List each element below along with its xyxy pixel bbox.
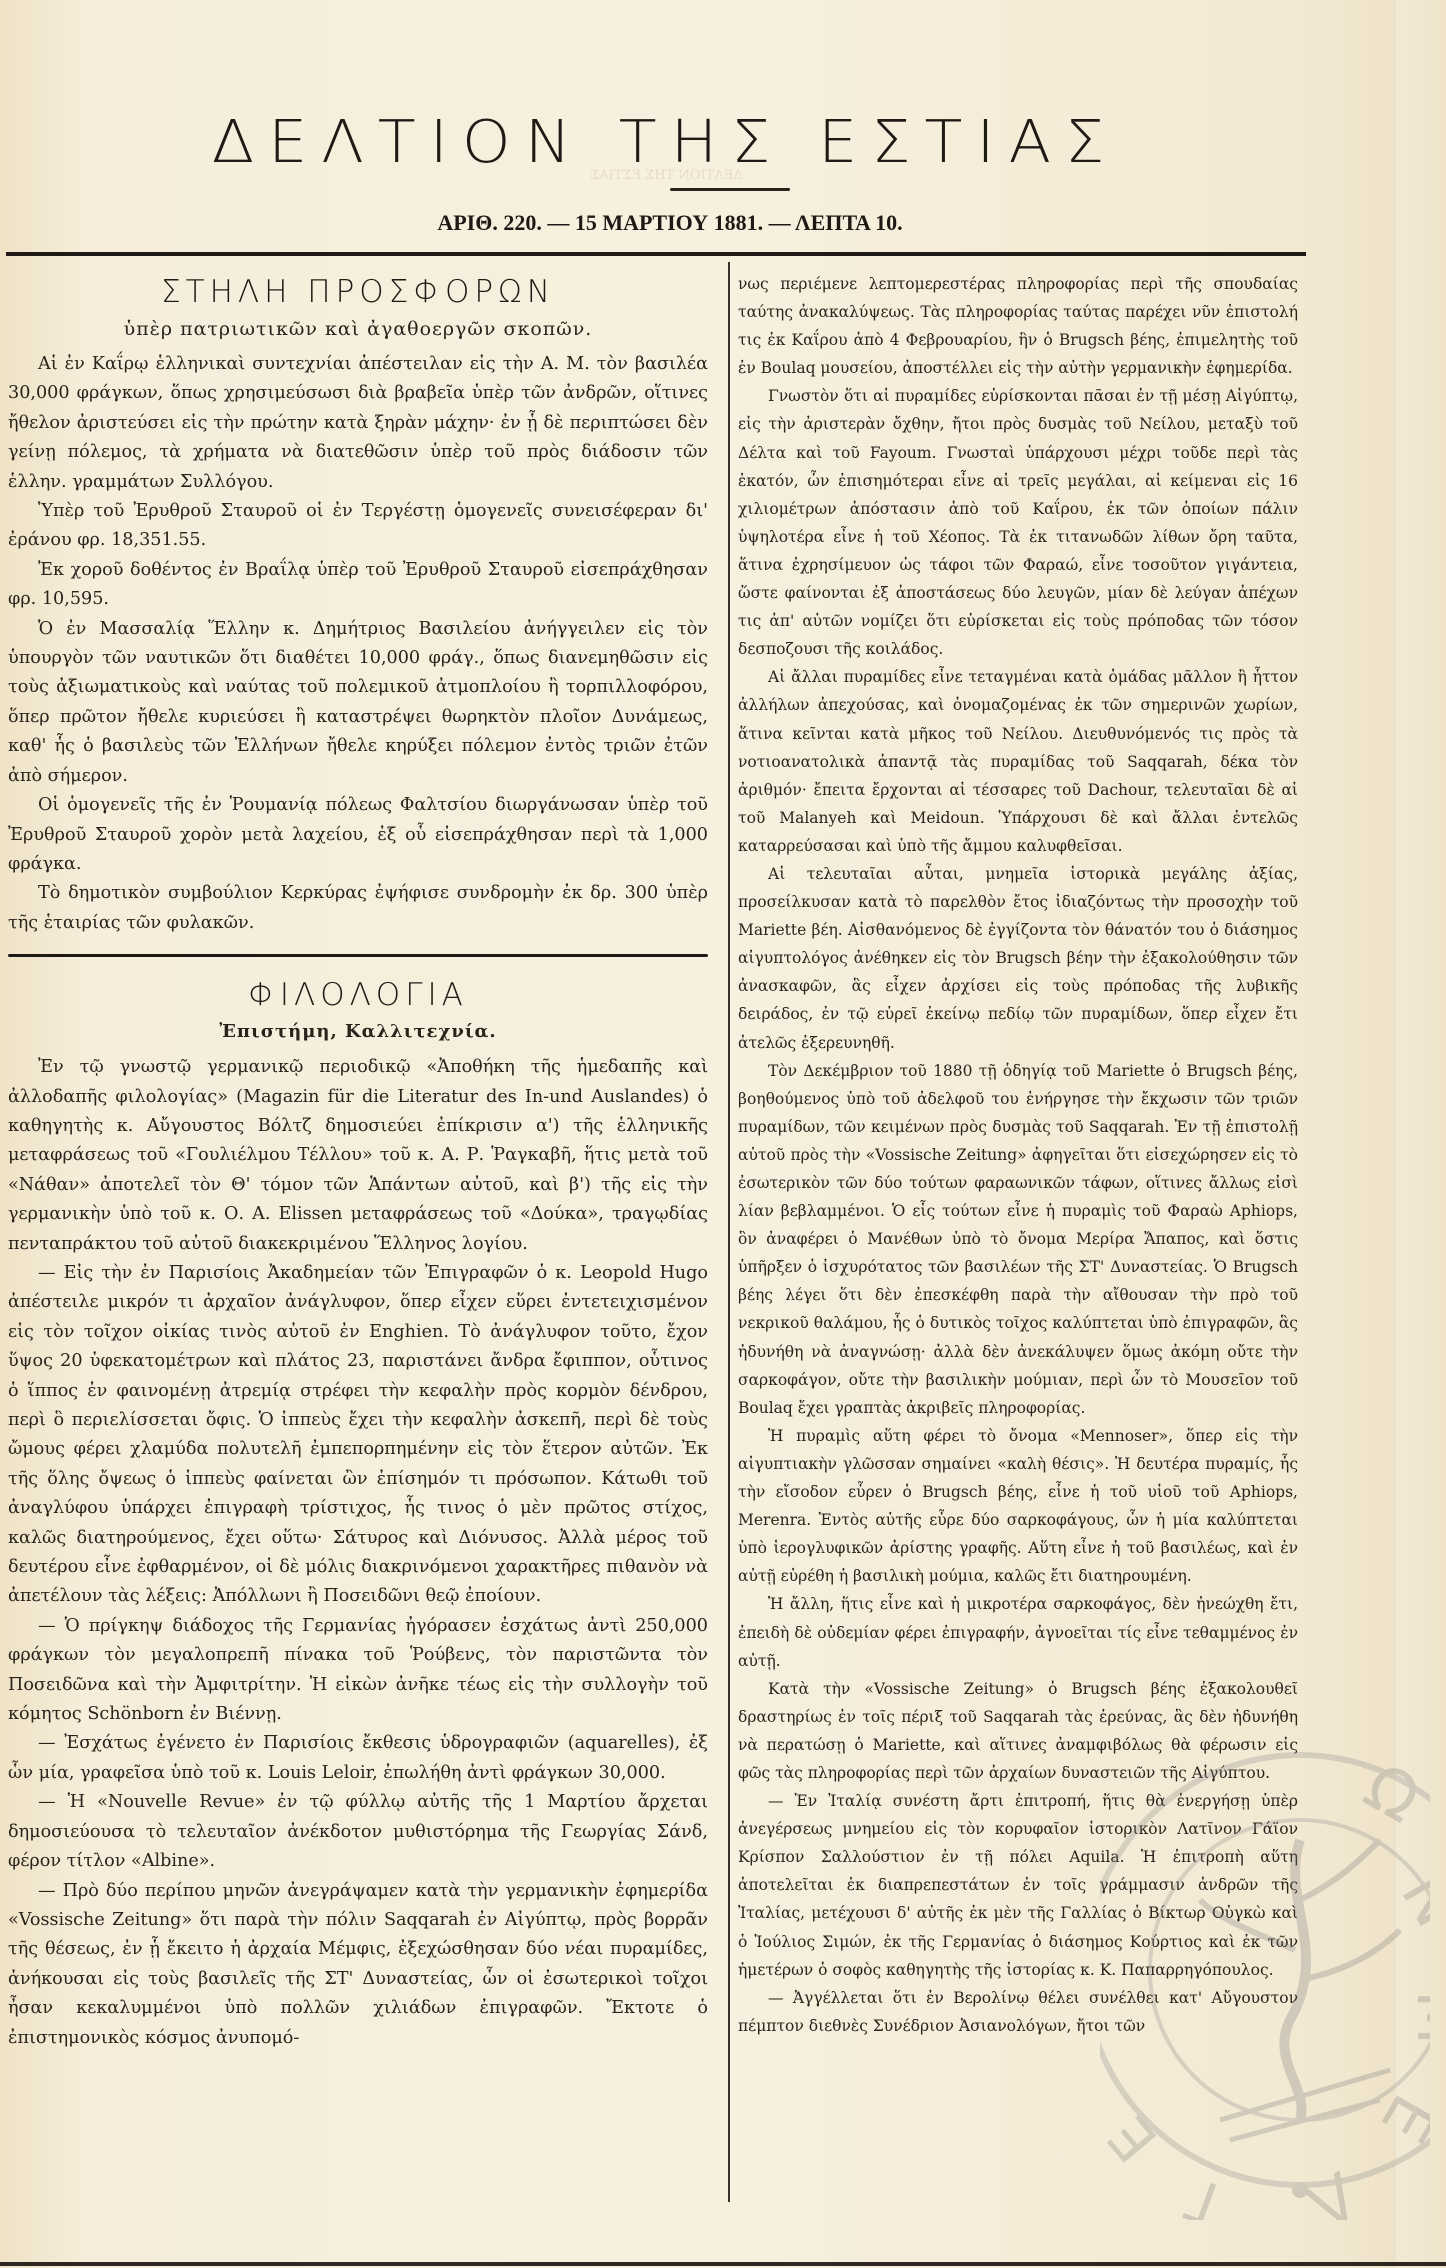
- header-rule: [6, 252, 1306, 256]
- article-paragraph: Ἡ ἄλλη, ἥτις εἶνε καὶ ἡ μικροτέρα σαρκοφ…: [738, 1590, 1298, 1674]
- page-margin: [1396, 0, 1446, 2268]
- section-title-offerings: ΣΤΗΛΗ ΠΡΟΣΦΟΡΩΝ: [8, 272, 708, 312]
- article-paragraph: Κατὰ τὴν «Vossische Zeitung» ὁ Brugsch β…: [738, 1675, 1298, 1787]
- article-paragraph: — Ἀγγέλλεται ὅτι ἐν Βερολίνῳ θέλει συνέλ…: [738, 1984, 1298, 2040]
- article-paragraph: — Ὁ πρίγκηψ διάδοχος τῆς Γερμανίας ἠγόρα…: [8, 1612, 708, 1730]
- article-paragraph: νως περιέμενε λεπτομερεστέρας πληροφορία…: [738, 270, 1298, 382]
- article-paragraph: — Ἐσχάτως ἐγένετο ἐν Παρισίοις ἔκθεσις ὑ…: [8, 1729, 708, 1788]
- article-paragraph: — Ἡ «Nouvelle Revue» ἐν τῷ φύλλῳ αὐτῆς τ…: [8, 1788, 708, 1876]
- page-bottom-edge: [0, 2262, 1446, 2266]
- article-paragraph: Αἱ ἄλλαι πυραμίδες εἶνε τεταγμέναι κατὰ …: [738, 663, 1298, 860]
- section-subtitle-offerings: ὑπὲρ πατριωτικῶν καὶ ἀγαθοεργῶν σκοπῶν.: [8, 314, 708, 344]
- section-subtitle-philology: Ἐπιστήμη, Καλλιτεχνία.: [8, 1017, 708, 1047]
- left-column: ΣΤΗΛΗ ΠΡΟΣΦΟΡΩΝ ὑπὲρ πατριωτικῶν καὶ ἀγα…: [8, 266, 708, 2053]
- masthead-ornament-rule: [670, 188, 790, 191]
- article-paragraph: Ἡ πυραμὶς αὕτη φέρει τὸ ὄνομα «Mennoser»…: [738, 1422, 1298, 1591]
- masthead-title: ΔΕΛΤΙΟΝ ΤΗΣ ΕΣΤΙΑΣ: [0, 107, 1330, 176]
- article-paragraph: Ἐν τῷ γνωστῷ γερμανικῷ περιοδικῷ «Ἀποθήκ…: [8, 1053, 708, 1259]
- article-paragraph: — Πρὸ δύο περίπου μηνῶν ἀνεγράψαμεν κατὰ…: [8, 1877, 708, 2053]
- article-paragraph: Ἐκ χοροῦ δοθέντος ἐν Βραΐλᾳ ὑπὲρ τοῦ Ἐρυ…: [8, 556, 708, 615]
- article-paragraph: Οἱ ὁμογενεῖς τῆς ἐν Ῥουμανίᾳ πόλεως Φαλτ…: [8, 791, 708, 879]
- right-column: νως περιέμενε λεπτομερεστέρας πληροφορία…: [738, 270, 1298, 2040]
- article-paragraph: Τὸν Δεκέμβριον τοῦ 1880 τῇ ὁδηγίᾳ τοῦ Ma…: [738, 1057, 1298, 1422]
- issue-line: ΑΡΙΘ. 220. — 15 ΜΑΡΤΙΟΥ 1881. — ΛΕΠΤΑ 10…: [0, 210, 1340, 236]
- article-paragraph: Γνωστὸν ὅτι αἱ πυραμίδες εὑρίσκονται πᾶσ…: [738, 382, 1298, 663]
- article-paragraph: Ὁ ἐν Μασσαλίᾳ Ἕλλην κ. Δημήτριος Βασιλεί…: [8, 615, 708, 791]
- column-divider: [728, 262, 730, 2202]
- article-paragraph: Ὑπὲρ τοῦ Ἐρυθροῦ Σταυροῦ οἱ ἐν Τεργέστῃ …: [8, 497, 708, 556]
- article-paragraph: Αἱ τελευταῖαι αὗται, μνημεῖα ἱστορικὰ με…: [738, 860, 1298, 1057]
- article-paragraph: — Ἐν Ἰταλίᾳ συνέστη ἄρτι ἐπιτροπή, ἥτις …: [738, 1787, 1298, 1984]
- article-paragraph: Αἱ ἐν Καΐρῳ ἑλληνικαὶ συντεχνίαι ἀπέστει…: [8, 350, 708, 497]
- section-title-philology: ΦΙΛΟΛΟΓΙΑ: [8, 975, 708, 1015]
- section-rule: [8, 954, 708, 957]
- article-paragraph: — Εἰς τὴν ἐν Παρισίοις Ἀκαδημείαν τῶν Ἐπ…: [8, 1259, 708, 1612]
- article-paragraph: Τὸ δημοτικὸν συμβούλιον Κερκύρας ἐψήφισε…: [8, 879, 708, 938]
